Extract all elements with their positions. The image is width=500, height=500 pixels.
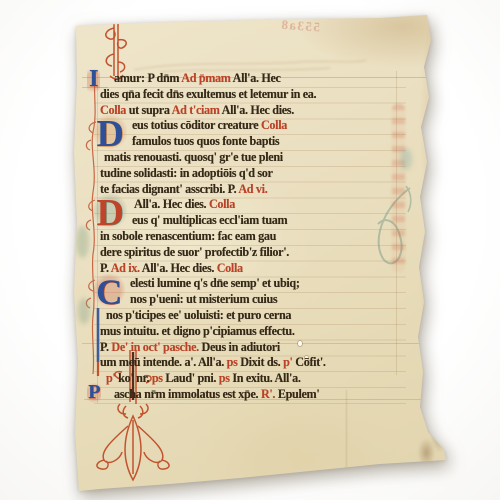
text-line: amur: P dn̄m Ad p̄mam All'a. Hec [100,71,398,87]
text-segment: famulos tuos quos fonte baptis [132,134,279,148]
show-through-inscription: 553a8 [250,15,321,36]
text-line: eus q' multiplicas eccl'iam tuam [100,213,398,229]
rubric-segment: Colla [261,118,287,132]
text-segment: tudine solidasti: in adoptiōis q'd sor [100,166,273,180]
text-line: dies qn̄a fecit dn̄s exultemus et letemu… [100,87,398,103]
text-line: um meū intende. a'. All'a. ps Dixit ds.… [100,355,398,371]
decorated-initial-d-2: D [93,194,127,231]
rubric-segment: ps [152,371,166,385]
text-segment: All'a. Hec dies. [134,197,209,211]
text-segment: Epulem' [278,387,320,401]
text-line: nos p'ueni: ut misterium cuius [100,292,398,308]
text-segment: dere spiritus de suor' profectib'z filio… [100,245,289,259]
text-segment: dies qn̄a fecit dn̄s exultemus et letemu… [100,87,316,101]
text-segment: matis renouasti. quosq' gr'e tue pleni [104,150,283,164]
text-segment: eus q' multiplicas eccl'iam tuam [132,213,287,227]
text-block: amur: P dn̄m Ad p̄mam All'a. Hecdies qn̄… [100,71,398,403]
rubric-segment: p' [283,355,295,369]
green-smudge [76,226,89,258]
text-line: Colla ut supra Ad t'ciam All'a. Hec dies… [100,103,398,119]
rubric-segment: Ad vi. [238,182,267,196]
rubric-segment: ps [219,371,233,385]
text-segment: um meū intende. a'. All'a. [100,355,227,369]
manuscript-leaf: 553a8 [70,12,448,494]
text-segment: nos p'ueni: ut misterium cuius [130,292,277,306]
decorated-initial-i-0: I [87,67,100,97]
text-segment: ko' nr. [118,371,152,385]
decorated-initial-c-3: C [93,274,125,309]
text-segment: Laud' pni. [165,371,218,385]
text-line: P. De' in oct' pasche. Deus in adiutori [100,340,398,356]
text-line: famulos tuos quos fonte baptis [100,134,398,150]
rubric-segment: De' in oct' pasche. [111,340,201,354]
rubric-segment: ps [227,355,241,369]
text-line: elesti lumine q's dn̄e semp' et ubiq; [100,276,398,292]
rubric-segment: Ad p̄mam [181,71,232,85]
text-line: matis renouasti. quosq' gr'e tue pleni [100,150,398,166]
text-line: All'a. Hec dies. Colla [100,197,398,213]
manuscript-leaf-wrapper: 553a8 [70,12,448,494]
rubric-segment: Ad t'ciam [172,103,222,117]
text-segment: elesti lumine q's dn̄e semp' et ubiq; [130,276,300,290]
rubric-segment: Colla [217,261,243,275]
text-line: p' ko' nr. ps Laud' pni. ps In exitu. Al… [100,371,398,387]
text-line: P. Ad ix. All'a. Hec dies. Colla [100,261,398,277]
text-segment: All'a. Hec dies. [222,103,294,117]
text-segment: ut supra [129,103,172,117]
teal-smudge [400,148,412,170]
text-segment: P. [100,340,111,354]
rubric-segment: p' [106,371,118,385]
decorated-initial-p-4: P [87,382,101,406]
text-segment: mus intuitu. et digno p'cipiamus effectu… [100,324,295,338]
text-segment: All'a. Hec [233,71,281,85]
text-line: ascha nr̄m immolatus est xp̄e. R'. Epule… [100,387,398,403]
fold-crease [346,390,347,486]
bottom-right-stain [400,368,448,462]
text-line: nos p'ticipes ee' uoluisti: et puro cern… [100,308,398,324]
rubric-segment: Colla [209,197,235,211]
text-segment: Cōfit'. [295,355,325,369]
photo-background: 553a8 [0,0,500,500]
text-segment: amur: P dn̄m [114,71,181,85]
text-line: mus intuitu. et digno p'cipiamus effectu… [100,324,398,340]
text-line: eus totius cōditor creature Colla [100,118,398,134]
text-segment: All'a. Hec dies. [142,261,217,275]
text-line: te facias dignant' asscribi. P. Ad vi. [100,182,398,198]
green-smudge [78,298,90,324]
text-line: tudine solidasti: in adoptiōis q'd sor [100,166,398,182]
text-line: dere spiritus de suor' profectib'z filio… [100,245,398,261]
text-segment: Deus in adiutori [202,340,280,354]
text-segment: Dixit ds. [240,355,283,369]
text-segment: in sobole renascentium: fac eam gau [100,229,276,243]
text-segment: nos p'ticipes ee' uoluisti: et puro cern… [106,308,291,322]
rubric-segment: R'. [261,387,278,401]
text-segment: eus totius cōditor creature [132,118,261,132]
text-line: in sobole renascentium: fac eam gau [100,229,398,245]
text-segment: In exitu. All'a. [232,371,300,385]
text-segment: ascha nr̄m immolatus est xp̄e. [114,387,261,401]
decorated-initial-d-1: D [93,115,127,152]
